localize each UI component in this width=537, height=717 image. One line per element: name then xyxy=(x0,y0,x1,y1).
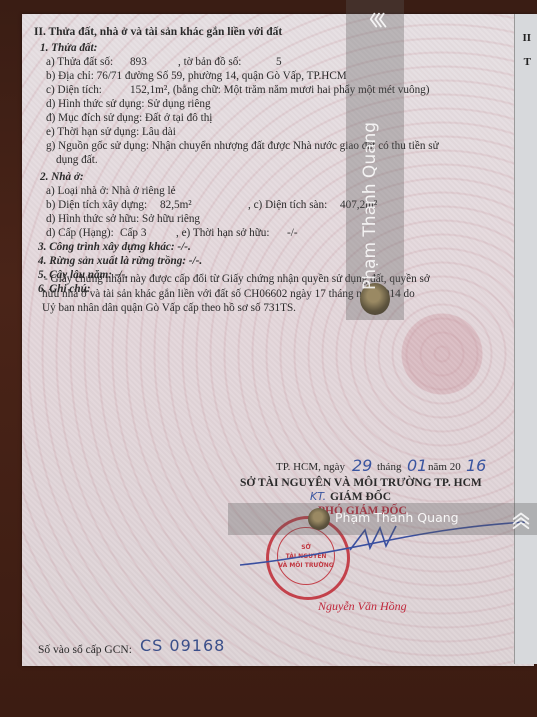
land-origin-cont: dụng đất. xyxy=(56,154,98,166)
parcel-number: 893 xyxy=(130,56,147,68)
director-title: GIÁM ĐỐC xyxy=(330,491,391,503)
ownership-term: -/- xyxy=(287,227,298,239)
date-day: 29 xyxy=(352,456,372,475)
use-form: d) Hình thức sử dụng: Sử dụng riêng xyxy=(46,98,211,110)
issuing-agency: SỞ TÀI NGUYÊN VÀ MÔI TRƯỜNG TP. HCM xyxy=(240,477,482,489)
grade: Cấp 3 xyxy=(120,227,146,239)
watermark-text-vertical: Phạm Thanh Quang xyxy=(360,122,380,290)
ownership: d) Hình thức sở hữu: Sở hữu riêng xyxy=(46,213,200,225)
stacked-chevron-logo-icon xyxy=(368,10,390,32)
date-place: TP. HCM, ngày xyxy=(276,461,345,473)
production-forest: 4. Rừng sản xuất là rừng trồng: -/-. xyxy=(38,255,202,267)
section-title: II. Thửa đất, nhà ở và tài sản khác gắn … xyxy=(34,26,282,38)
area-label: c) Diện tích: xyxy=(46,84,102,96)
grade-label: d) Cấp (Hạng): xyxy=(46,227,114,239)
address: b) Địa chỉ: 76/71 đường Số 59, phường 14… xyxy=(46,70,347,82)
date-year-label: năm 20 xyxy=(428,461,461,473)
floor-area-label: , c) Diện tích sàn: xyxy=(248,199,327,211)
stacked-chevron-logo-icon xyxy=(510,508,532,530)
house-heading: 2. Nhà ở: xyxy=(40,171,84,183)
date-year: 16 xyxy=(466,456,486,475)
gcn-number: CS 09168 xyxy=(140,636,225,655)
date-month-label: tháng xyxy=(377,461,401,473)
date-month: 01 xyxy=(407,456,427,475)
parcel-label: a) Thửa đất số: xyxy=(46,56,113,68)
watermark-text-horizontal: Phạm Thanh Quang xyxy=(335,510,459,525)
house-type: a) Loại nhà ở: Nhà ở riêng lẻ xyxy=(46,185,176,197)
use-term: e) Thời hạn sử dụng: Lâu dài xyxy=(46,126,176,138)
gcn-label: Số vào sổ cấp GCN: xyxy=(38,644,132,656)
map-sheet-label: , tờ bản đồ số: xyxy=(178,56,241,68)
build-area: 82,5m² xyxy=(160,199,192,211)
map-sheet-number: 5 xyxy=(276,56,282,68)
build-area-label: b) Diện tích xây dựng: xyxy=(46,199,147,211)
use-purpose: đ) Mục đích sử dụng: Đất ở tại đô thị xyxy=(46,112,212,124)
signer-name: Nguyễn Văn Hồng xyxy=(318,599,407,614)
other-works: 3. Công trình xây dựng khác: -/-. xyxy=(38,241,191,253)
ownership-term-label: , e) Thời hạn sở hữu: xyxy=(176,227,270,239)
land-heading: 1. Thửa đất: xyxy=(40,42,97,54)
note-line-3: Uỷ ban nhân dân quận Gò Vấp cấp theo hồ … xyxy=(42,302,296,314)
on-behalf-mark: KT. xyxy=(310,490,326,503)
